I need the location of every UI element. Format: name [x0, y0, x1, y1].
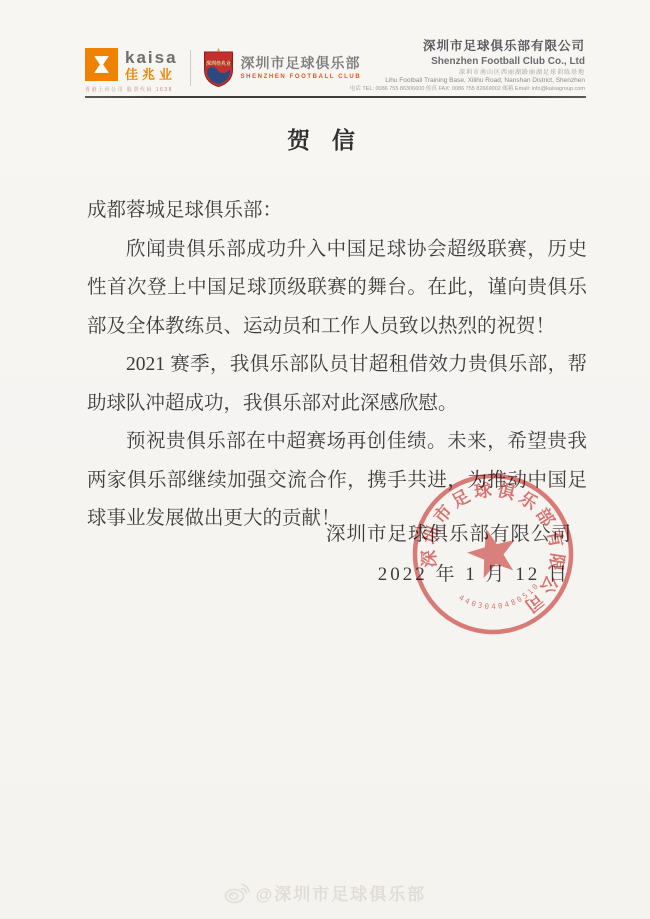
company-name-cn: 深圳市足球俱乐部有限公司 [350, 38, 585, 55]
letterhead: kaisa 佳兆业 香港上市公司 股票代码 1638 深圳佳兆业 深圳市足球俱乐… [85, 38, 585, 96]
club-logo: 深圳佳兆业 深圳市足球俱乐部 SHENZHEN FOOTBALL CLUB [203, 48, 362, 87]
salutation: 成都蓉城足球俱乐部： [87, 192, 587, 231]
club-badge-icon: 深圳佳兆业 [203, 48, 234, 87]
svg-text:深圳佳兆业: 深圳佳兆业 [206, 60, 231, 67]
club-name-en: SHENZHEN FOOTBALL CLUB [241, 74, 362, 80]
kaisa-logo-icon [85, 48, 118, 81]
paragraph-1: 欣闻贵俱乐部成功升入中国足球协会超级联赛，历史性首次登上中国足球顶级联赛的舞台。… [87, 231, 587, 347]
company-contact: 电话 TEL: 0086 755 86306600 传真 FAX: 0086 7… [350, 86, 585, 93]
kaisa-wordmark-en: kaisa [125, 49, 178, 66]
paragraph-2: 2021 赛季，我俱乐部队员甘超租借效力贵俱乐部，帮助球队冲超成功，我俱乐部对此… [87, 346, 587, 423]
logo-row: kaisa 佳兆业 香港上市公司 股票代码 1638 深圳佳兆业 深圳市足球俱乐… [85, 48, 361, 93]
company-address-cn: 深圳市南山区西丽湖路丽湖足球训练基地 [350, 69, 585, 77]
club-name-cn: 深圳市足球俱乐部 [241, 56, 362, 70]
company-address-en: Lihu Football Training Base, Xilihu Road… [350, 77, 585, 86]
weibo-icon [224, 882, 250, 904]
kaisa-logo: kaisa 佳兆业 香港上市公司 股票代码 1638 [85, 48, 178, 93]
header-divider [85, 96, 586, 98]
watermark: @深圳市足球俱乐部 [0, 880, 650, 905]
kaisa-wordmark-cn: 佳兆业 [125, 68, 178, 81]
company-name-en: Shenzhen Football Club Co., Ltd [350, 55, 585, 69]
watermark-text: @深圳市足球俱乐部 [256, 880, 427, 905]
company-info: 深圳市足球俱乐部有限公司 Shenzhen Football Club Co.,… [350, 38, 585, 94]
logo-divider [190, 50, 191, 86]
letter-title: 贺 信 [0, 122, 650, 155]
seal-star-icon [462, 522, 522, 580]
kaisa-tagline: 香港上市公司 股票代码 1638 [85, 86, 178, 93]
letter-page: kaisa 佳兆业 香港上市公司 股票代码 1638 深圳佳兆业 深圳市足球俱乐… [0, 0, 650, 919]
